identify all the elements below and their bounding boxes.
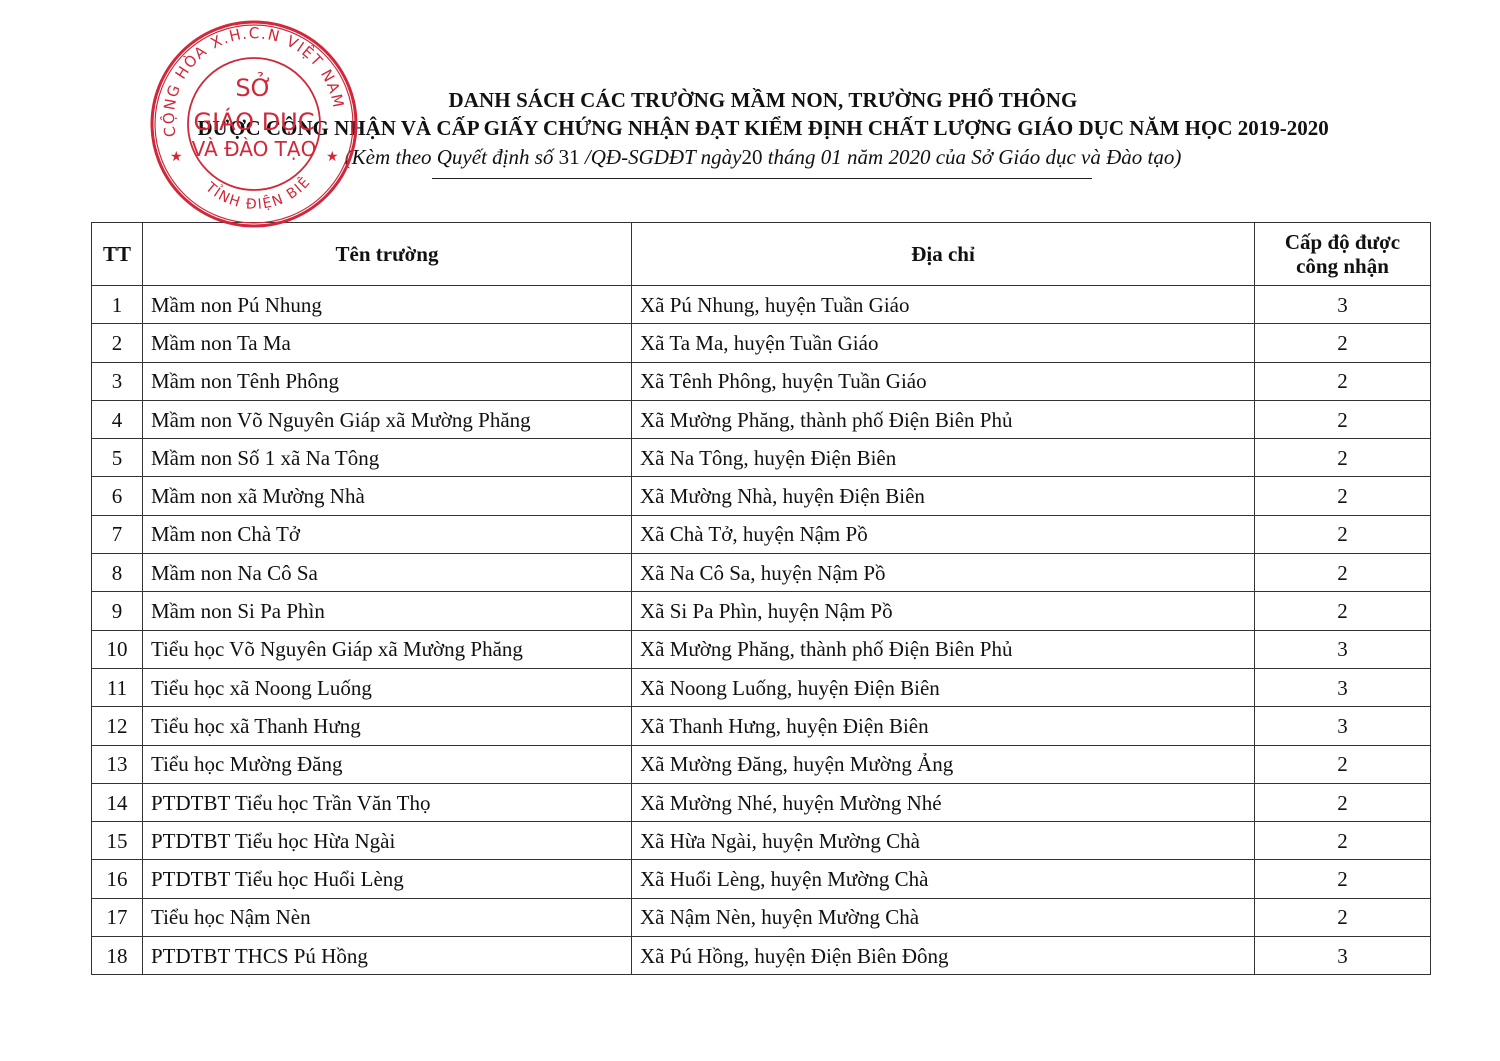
accreditation-level: 3 [1255,937,1431,975]
school-address: Xã Mường Nhé, huyện Mường Nhé [632,783,1255,821]
table-row: 11Tiểu học xã Noong LuốngXã Noong Luống,… [92,668,1431,706]
subtitle-mid2: tháng 01 năm 2020 của Sở Giáo dục và Đào… [762,145,1181,169]
table-body: 1Mầm non Pú NhungXã Pú Nhung, huyện Tuần… [92,286,1431,975]
school-name: PTDTBT Tiểu học Hừa Ngài [143,822,632,860]
accreditation-level: 2 [1255,400,1431,438]
row-number: 12 [92,707,143,745]
school-address: Xã Huổi Lèng, huyện Mường Chà [632,860,1255,898]
table-row: 12Tiểu học xã Thanh HưngXã Thanh Hưng, h… [92,707,1431,745]
school-address: Xã Na Tông, huyện Điện Biên [632,439,1255,477]
accreditation-level: 2 [1255,592,1431,630]
row-number: 6 [92,477,143,515]
school-name: Mầm non xã Mường Nhà [143,477,632,515]
school-address: Xã Na Cô Sa, huyện Nậm Pồ [632,554,1255,592]
document-title-line1: DANH SÁCH CÁC TRƯỜNG MẦM NON, TRƯỜNG PHỔ… [0,88,1500,113]
row-number: 9 [92,592,143,630]
table-row: 14PTDTBT Tiểu học Trần Văn ThọXã Mường N… [92,783,1431,821]
table-row: 5Mầm non Số 1 xã Na TôngXã Na Tông, huyệ… [92,439,1431,477]
accreditation-level: 2 [1255,745,1431,783]
subtitle-prefix: (Kèm theo Quyết định số [345,145,559,169]
column-header-level: Cấp độ đượccông nhận [1255,223,1431,286]
school-name: Mầm non Số 1 xã Na Tông [143,439,632,477]
school-address: Xã Mường Đăng, huyện Mường Ảng [632,745,1255,783]
accreditation-level: 2 [1255,477,1431,515]
accreditation-level: 2 [1255,860,1431,898]
decision-number: 31 [559,145,585,169]
school-address: Xã Thanh Hưng, huyện Điện Biên [632,707,1255,745]
row-number: 5 [92,439,143,477]
school-name: PTDTBT Tiểu học Huổi Lèng [143,860,632,898]
accreditation-level: 2 [1255,324,1431,362]
accreditation-level: 3 [1255,707,1431,745]
school-name: Mầm non Ta Ma [143,324,632,362]
table-row: 16PTDTBT Tiểu học Huổi LèngXã Huổi Lèng,… [92,860,1431,898]
column-header-address: Địa chỉ [632,223,1255,286]
accreditation-level: 3 [1255,286,1431,324]
table-row: 1Mầm non Pú NhungXã Pú Nhung, huyện Tuần… [92,286,1431,324]
table-row: 15PTDTBT Tiểu học Hừa NgàiXã Hừa Ngài, h… [92,822,1431,860]
table-row: 3Mầm non Tênh PhôngXã Tênh Phông, huyện … [92,362,1431,400]
school-name: Tiểu học Nậm Nèn [143,898,632,936]
school-address: Xã Hừa Ngài, huyện Mường Chà [632,822,1255,860]
document-title-line2: ĐƯỢC CÔNG NHẬN VÀ CẤP GIẤY CHỨNG NHẬN ĐẠ… [0,116,1500,141]
table-row: 13Tiểu học Mường ĐăngXã Mường Đăng, huyệ… [92,745,1431,783]
header-divider [432,178,1092,179]
row-number: 11 [92,668,143,706]
row-number: 10 [92,630,143,668]
accreditation-level: 2 [1255,783,1431,821]
school-name: Tiểu học Mường Đăng [143,745,632,783]
school-name: Tiểu học Võ Nguyên Giáp xã Mường Phăng [143,630,632,668]
row-number: 18 [92,937,143,975]
school-address: Xã Noong Luống, huyện Điện Biên [632,668,1255,706]
row-number: 1 [92,286,143,324]
school-name: Tiểu học xã Noong Luống [143,668,632,706]
row-number: 2 [92,324,143,362]
table-row: 6Mầm non xã Mường NhàXã Mường Nhà, huyện… [92,477,1431,515]
school-name: Mầm non Võ Nguyên Giáp xã Mường Phăng [143,400,632,438]
school-address: Xã Pú Hồng, huyện Điện Biên Đông [632,937,1255,975]
schools-table: TT Tên trường Địa chỉ Cấp độ đượccông nh… [91,222,1431,975]
table-row: 18PTDTBT THCS Pú HồngXã Pú Hồng, huyện Đ… [92,937,1431,975]
school-name: Mầm non Na Cô Sa [143,554,632,592]
school-name: PTDTBT THCS Pú Hồng [143,937,632,975]
school-name: Mầm non Pú Nhung [143,286,632,324]
row-number: 17 [92,898,143,936]
table-row: 17Tiểu học Nậm NènXã Nậm Nèn, huyện Mườn… [92,898,1431,936]
row-number: 14 [92,783,143,821]
accreditation-level: 3 [1255,630,1431,668]
row-number: 3 [92,362,143,400]
accreditation-level: 2 [1255,822,1431,860]
school-address: Xã Mường Nhà, huyện Điện Biên [632,477,1255,515]
school-address: Xã Nậm Nèn, huyện Mường Chà [632,898,1255,936]
accreditation-level: 2 [1255,554,1431,592]
table-row: 9Mầm non Si Pa PhìnXã Si Pa Phìn, huyện … [92,592,1431,630]
column-header-tt: TT [92,223,143,286]
accreditation-level: 2 [1255,898,1431,936]
school-name: Tiểu học xã Thanh Hưng [143,707,632,745]
document-subtitle: (Kèm theo Quyết định số 31 /QĐ-SGDĐT ngà… [0,145,1500,170]
school-name: PTDTBT Tiểu học Trần Văn Thọ [143,783,632,821]
table-row: 10Tiểu học Võ Nguyên Giáp xã Mường Phăng… [92,630,1431,668]
table-header-row: TT Tên trường Địa chỉ Cấp độ đượccông nh… [92,223,1431,286]
accreditation-level: 2 [1255,439,1431,477]
column-header-level-line2: công nhận [1296,254,1389,278]
school-name: Mầm non Tênh Phông [143,362,632,400]
school-address: Xã Pú Nhung, huyện Tuần Giáo [632,286,1255,324]
subtitle-mid1: /QĐ-SGDĐT ngày [585,145,742,169]
school-name: Mầm non Chà Tở [143,515,632,553]
school-name: Mầm non Si Pa Phìn [143,592,632,630]
column-header-level-line1: Cấp độ được [1285,230,1400,254]
decision-day: 20 [741,145,762,169]
accreditation-level: 2 [1255,515,1431,553]
table-row: 2Mầm non Ta MaXã Ta Ma, huyện Tuần Giáo2 [92,324,1431,362]
table-row: 8Mầm non Na Cô SaXã Na Cô Sa, huyện Nậm … [92,554,1431,592]
school-address: Xã Tênh Phông, huyện Tuần Giáo [632,362,1255,400]
accreditation-level: 3 [1255,668,1431,706]
school-address: Xã Si Pa Phìn, huyện Nậm Pồ [632,592,1255,630]
school-address: Xã Mường Phăng, thành phố Điện Biên Phủ [632,400,1255,438]
row-number: 7 [92,515,143,553]
row-number: 8 [92,554,143,592]
school-address: Xã Chà Tở, huyện Nậm Pồ [632,515,1255,553]
table-row: 4Mầm non Võ Nguyên Giáp xã Mường PhăngXã… [92,400,1431,438]
row-number: 4 [92,400,143,438]
column-header-name: Tên trường [143,223,632,286]
row-number: 15 [92,822,143,860]
accreditation-level: 2 [1255,362,1431,400]
row-number: 16 [92,860,143,898]
school-address: Xã Ta Ma, huyện Tuần Giáo [632,324,1255,362]
school-address: Xã Mường Phăng, thành phố Điện Biên Phủ [632,630,1255,668]
row-number: 13 [92,745,143,783]
table-row: 7Mầm non Chà TởXã Chà Tở, huyện Nậm Pồ2 [92,515,1431,553]
